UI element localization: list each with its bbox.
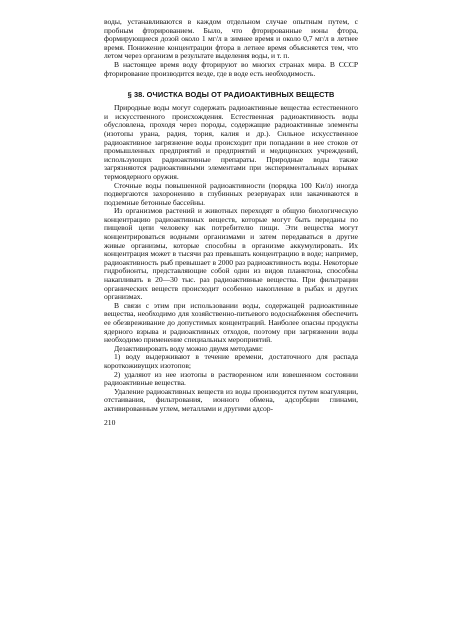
paragraph: Удаление радиоактивных веществ из воды п…: [104, 388, 358, 414]
list-item: 2) удаляют из нее изотопы в растворенном…: [104, 371, 358, 388]
section-title: § 38. ОЧИСТКА ВОДЫ ОТ РАДИОАКТИВНЫХ ВЕЩЕ…: [104, 90, 358, 99]
spacer: [104, 78, 358, 90]
document-page: воды, устанавливаются в каждом отдельном…: [104, 18, 358, 427]
paragraph: воды, устанавливаются в каждом отдельном…: [104, 18, 358, 61]
paragraph: Из организмов растений и животных перехо…: [104, 207, 358, 302]
paragraph: В связи с этим при использовании воды, с…: [104, 302, 358, 345]
paragraph: Природные воды могут содержать радиоакти…: [104, 104, 358, 181]
paragraph: Сточные воды повышенной радиоактивности …: [104, 182, 358, 208]
list-item: 1) воду выдерживают в течение времени, д…: [104, 353, 358, 370]
page-number: 210: [104, 418, 358, 427]
paragraph: В настоящее время воду фторируют во мног…: [104, 61, 358, 78]
